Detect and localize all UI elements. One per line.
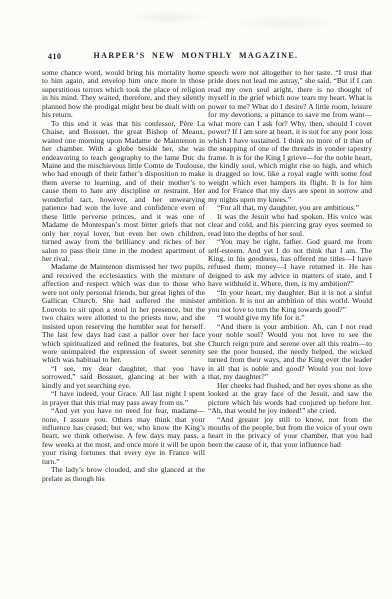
paragraph: “In your heart, my daughter. But it is n… [208,289,372,314]
paragraph: speech were not altogether to her taste.… [208,69,372,204]
paragraph: The lady’s brow clouded, and she glanced… [42,466,205,483]
paragraph: “And yet you have no need for fear, mada… [42,407,205,466]
column-right: speech were not altogether to her taste.… [208,69,372,562]
scan-smudge [90,4,350,38]
paragraph: Madame de Maintenon dismissed her two pu… [42,263,205,364]
paragraph: “I have indeed, your Grace. All last nig… [42,390,205,407]
paragraph: some chance word, would bring his mortal… [42,69,205,120]
magazine-page: 410 HARPER’S NEW MONTHLY MAGAZINE. some … [0,0,392,599]
paragraph: To this end it was that his confessor, P… [42,120,205,264]
running-title: HARPER’S NEW MONTHLY MAGAZINE. [0,51,392,60]
column-left: some chance word, would bring his mortal… [42,69,205,562]
paragraph: It was the Jesuit who had spoken. His vo… [208,213,372,238]
paragraph: Her cheeks had flushed, and her eyes sho… [208,382,372,416]
paragraph: “And there is your ambition. Ah, can I n… [208,323,372,382]
paragraph: “And greater joy still to know, not from… [208,416,372,450]
paragraph: “I see, my dear daughter, that you have … [42,365,205,390]
paragraph: “You may be right, father. God guard me … [208,238,372,289]
